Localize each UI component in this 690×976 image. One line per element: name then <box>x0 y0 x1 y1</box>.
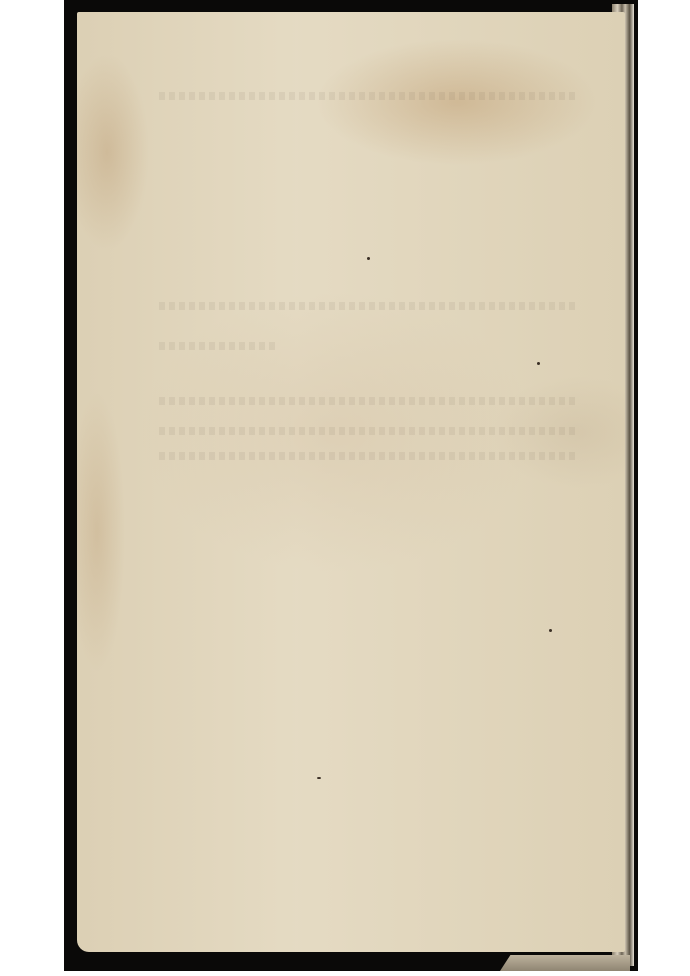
paper-speck <box>367 257 370 260</box>
paper-speck <box>537 362 540 365</box>
page-corner-edge <box>500 955 630 971</box>
bleed-through-line <box>159 452 579 460</box>
bleed-through-line <box>159 92 579 100</box>
bleed-through-line <box>159 342 279 350</box>
bleed-through-line <box>159 302 579 310</box>
paper-speck <box>317 777 321 779</box>
bleed-through-line <box>159 427 579 435</box>
paper-speck <box>549 629 552 632</box>
bleed-through-line <box>159 397 579 405</box>
blank-page <box>77 12 625 952</box>
